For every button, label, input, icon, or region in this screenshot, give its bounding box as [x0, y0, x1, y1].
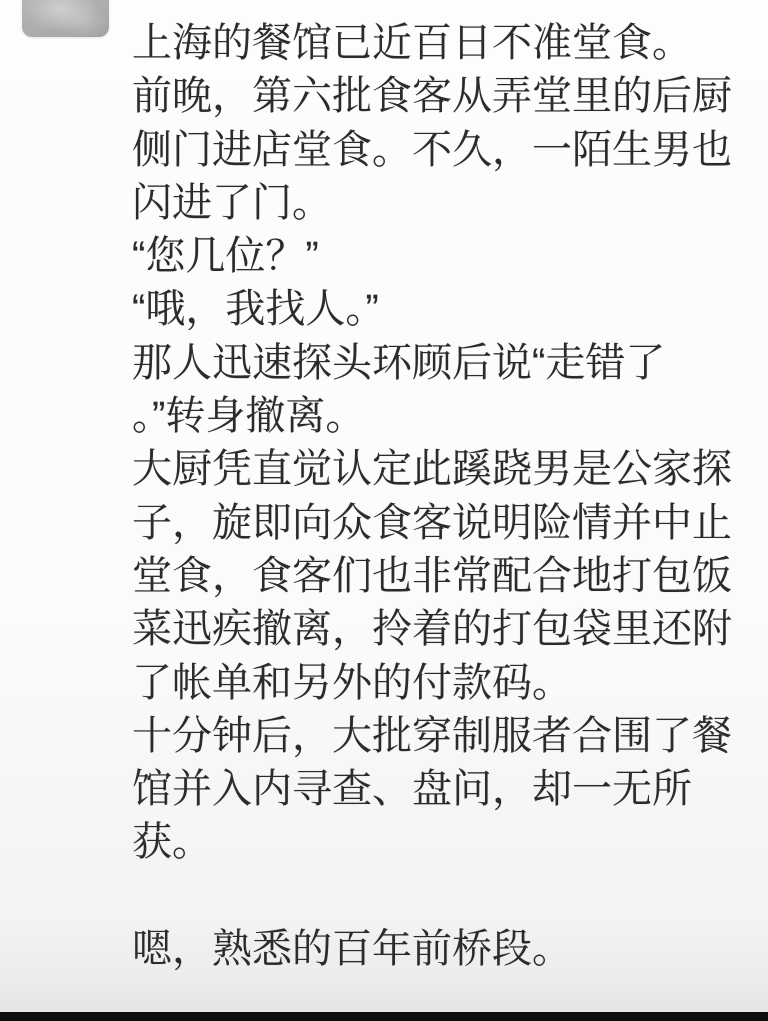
message-line: 闪进了门。 — [132, 177, 754, 230]
chat-screen: 上海的餐馆已近百日不准堂食。前晚，第六批食客从弄堂里的后厨侧门进店堂食。不久，一… — [0, 0, 768, 1021]
message-line: 前晚，第六批食客从弄堂里的后厨 — [132, 70, 754, 123]
message-line: 堂食，食客们也非常配合地打包饭 — [132, 550, 754, 603]
message-line: 嗯，熟悉的百年前桥段。 — [132, 923, 754, 976]
message-line: 菜迅疾撤离，拎着的打包袋里还附 — [132, 603, 754, 656]
message-line: 。”转身撤离。 — [132, 390, 754, 443]
message-line: 大厨凭直觉认定此蹊跷男是公家探 — [132, 443, 754, 496]
sender-avatar[interactable] — [22, 0, 109, 37]
message-line: 获。 — [132, 816, 754, 869]
message-text-block: 上海的餐馆已近百日不准堂食。前晚，第六批食客从弄堂里的后厨侧门进店堂食。不久，一… — [132, 17, 754, 976]
message-line: 那人迅速探头环顾后说“走错了 — [132, 337, 754, 390]
message-line: 上海的餐馆已近百日不准堂食。 — [132, 17, 754, 70]
message-line: 馆并入内寻查、盘问，却一无所 — [132, 763, 754, 816]
message-line — [132, 870, 754, 923]
message-line: 了帐单和另外的付款码。 — [132, 657, 754, 710]
message-line: 侧门进店堂食。不久，一陌生男也 — [132, 124, 754, 177]
message-line: “哦，我找人。” — [132, 283, 754, 336]
message-line: “您几位？” — [132, 230, 754, 283]
message-line: 十分钟后，大批穿制服者合围了餐 — [132, 710, 754, 763]
message-line: 子，旋即向众食客说明险情并中止 — [132, 497, 754, 550]
letterbox-bar — [0, 1012, 768, 1021]
